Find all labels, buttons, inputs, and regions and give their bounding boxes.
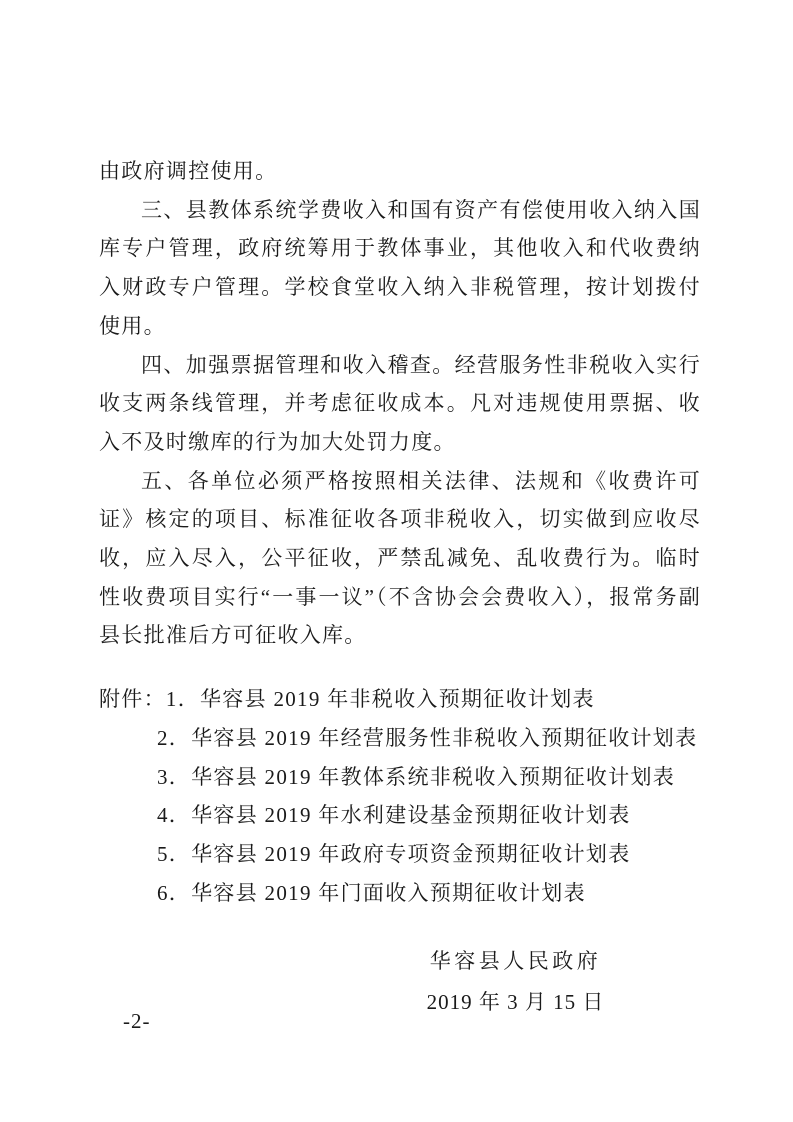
attachment-item-5: 5．华容县 2019 年政府专项资金预期征收计划表 (99, 835, 701, 874)
attachments-list: 附件：1．华容县 2019 年非税收入预期征收计划表 2．华容县 2019 年经… (99, 680, 701, 912)
page-number: -2- (123, 1009, 151, 1034)
paragraph-continuation: 由政府调控使用。 (99, 152, 701, 191)
attachment-item-6: 6．华容县 2019 年门面收入预期征收计划表 (99, 874, 701, 913)
paragraph-item-5: 五、各单位必须严格按照相关法律、法规和《收费许可证》核定的项目、标准征收各项非税… (99, 462, 701, 656)
attachments-label: 附件： (99, 680, 166, 719)
attachment-item-3: 3．华容县 2019 年教体系统非税收入预期征收计划表 (99, 758, 701, 797)
attachment-item-4: 4．华容县 2019 年水利建设基金预期征收计划表 (99, 796, 701, 835)
signature-date: 2019 年 3 月 15 日 (388, 982, 643, 1023)
signature-block: 华容县人民政府 2019 年 3 月 15 日 (388, 941, 643, 1023)
attachment-row: 附件：1．华容县 2019 年非税收入预期征收计划表 (99, 680, 701, 719)
document-body: 由政府调控使用。 三、县教体系统学费收入和国有资产有偿使用收入纳入国库专户管理，… (99, 152, 701, 655)
signature-issuer: 华容县人民政府 (388, 941, 643, 982)
attachment-item-2: 2．华容县 2019 年经营服务性非税收入预期征收计划表 (99, 719, 701, 758)
document-page: 由政府调控使用。 三、县教体系统学费收入和国有资产有偿使用收入纳入国库专户管理，… (0, 0, 793, 1122)
paragraph-item-4: 四、加强票据管理和收入稽查。经营服务性非税收入实行收支两条线管理，并考虑征收成本… (99, 346, 701, 462)
paragraph-item-3: 三、县教体系统学费收入和国有资产有偿使用收入纳入国库专户管理，政府统筹用于教体事… (99, 191, 701, 346)
attachment-item-1: 1．华容县 2019 年非税收入预期征收计划表 (166, 687, 595, 711)
